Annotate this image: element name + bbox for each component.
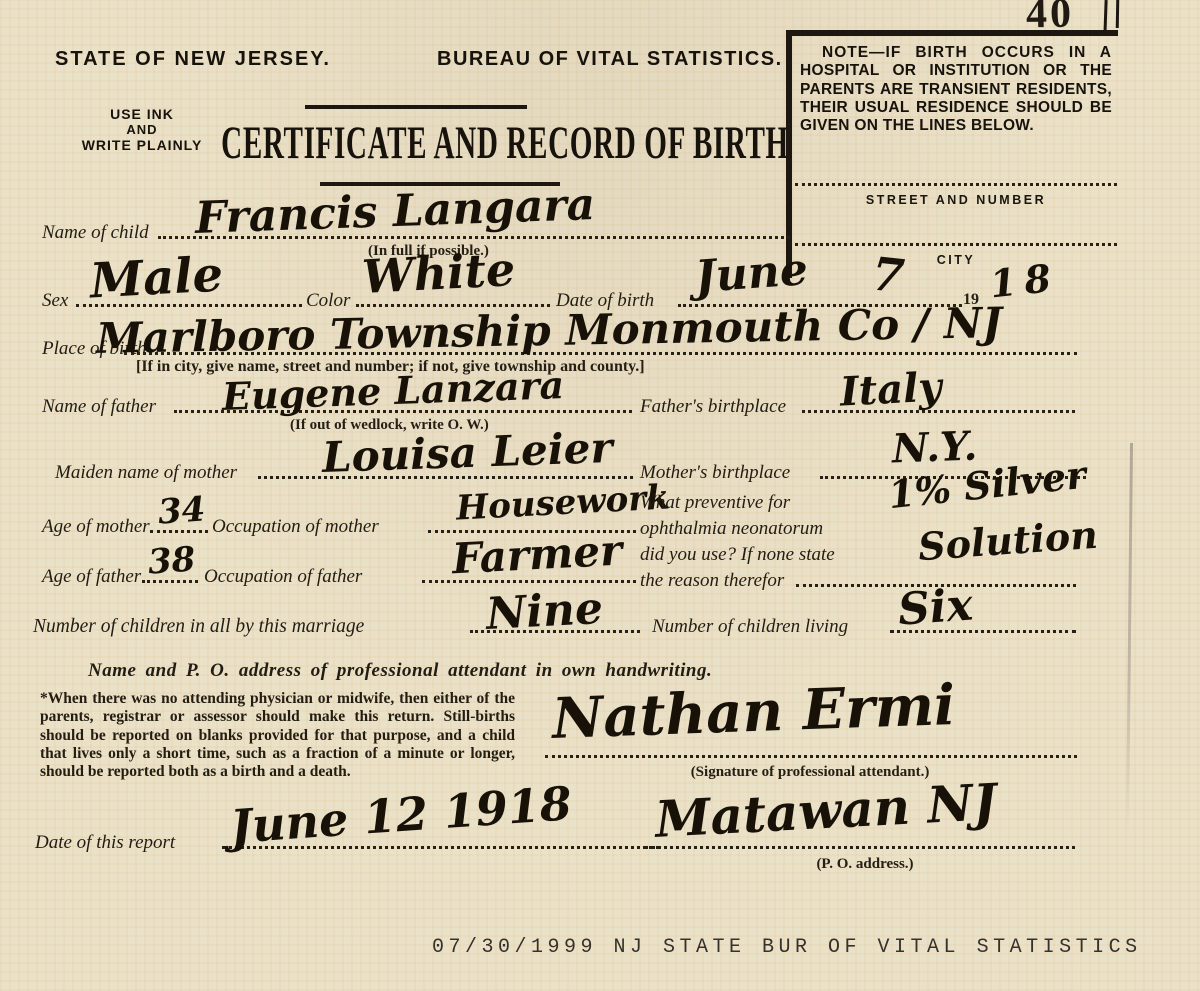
city-dotted-line [795,243,1117,246]
po-address-dotted-line [645,846,1075,849]
document-title: CERTIFICATE AND RECORD OF BIRTH [221,116,789,170]
stamp-tick-mark [1116,0,1119,28]
instruction-line-2: AND [62,122,222,137]
field-children-total-value: Nine [485,587,604,637]
field-sex-label: Sex [42,290,68,312]
instruction-line-3: WRITE PLAINLY [62,137,222,153]
footnote-text: *When there was no attending physician o… [40,690,515,781]
preventive-label-line-3: did you use? If none state [640,544,835,566]
field-date-of-birth-day: 7 [870,250,907,299]
birth-certificate-document: STATE OF NEW JERSEY. BUREAU OF VITAL STA… [0,0,1200,991]
attendant-heading: Name and P. O. address of professional a… [88,660,712,682]
field-age-of-mother-label: Age of mother [42,516,150,538]
field-maiden-name-label: Maiden name of mother [55,462,237,484]
field-po-address-value: Matawan NJ [654,777,998,845]
field-occupation-of-father-value: Farmer [451,530,623,581]
po-address-caption: (P. O. address.) [715,856,1015,873]
street-dotted-line [795,183,1117,186]
field-age-of-father-value: 38 [147,542,197,579]
bureau-heading: BUREAU OF VITAL STATISTICS. [437,48,783,71]
field-date-of-birth-year: 18 [988,259,1060,304]
archival-date-stamp: 07/30/1999 NJ STATE BUR OF VITAL STATIST… [432,936,1142,959]
preventive-label-line-4: the reason therefor [640,570,784,592]
field-occupation-of-mother-value: Housework [455,480,670,525]
field-mothers-birthplace-value: N.Y. [891,427,978,470]
field-fathers-birthplace-label: Father's birthplace [640,396,786,418]
field-age-of-mother-value: 34 [157,492,207,529]
field-children-living-value: Six [897,583,975,632]
field-age-of-father-label: Age of father [42,566,141,588]
note-box-top-border [792,30,1118,36]
field-date-of-report-value: June 12 1918 [229,780,573,850]
field-sex-value: Male [89,251,224,306]
field-maiden-name-value: Louisa Leier [321,427,613,479]
title-top-rule [305,105,527,109]
instruction-line-1: USE INK [62,106,222,122]
field-date-of-report-label: Date of this report [35,832,175,854]
field-date-of-birth-month: June [694,248,810,300]
field-fathers-birthplace-value: Italy [839,367,943,412]
field-occupation-of-mother-label: Occupation of mother [212,516,379,538]
field-children-total-label: Number of children in all by this marria… [33,616,364,638]
signature-dotted-line [545,755,1077,758]
field-children-living-label: Number of children living [652,616,848,638]
street-and-number-label: STREET AND NUMBER [795,193,1117,207]
paper-crease-mark [1126,443,1133,831]
state-heading: STATE OF NEW JERSEY. [55,48,331,71]
city-label: CITY [795,253,1117,267]
preventive-label-line-1: What preventive for [640,492,790,514]
field-name-of-father-value: Eugene Lanzara [221,366,564,416]
field-preventive-value-line-2: Solution [917,516,1099,566]
preventive-label-line-2: ophthalmia neonatorum [640,518,823,540]
attendant-signature-value: Nathan Ermi [551,677,956,747]
note-box-text: Note—If birth occurs in a hospital or in… [800,44,1112,135]
field-name-of-child-value: Francis Langara [194,183,595,241]
field-name-of-child-label: Name of child [42,222,149,244]
field-name-of-father-label: Name of father [42,396,156,418]
field-occupation-of-father-label: Occupation of father [204,566,362,588]
use-ink-instruction: USE INK AND WRITE PLAINLY [62,106,222,153]
field-color-value: White [361,246,516,300]
note-box-left-border [786,30,792,278]
